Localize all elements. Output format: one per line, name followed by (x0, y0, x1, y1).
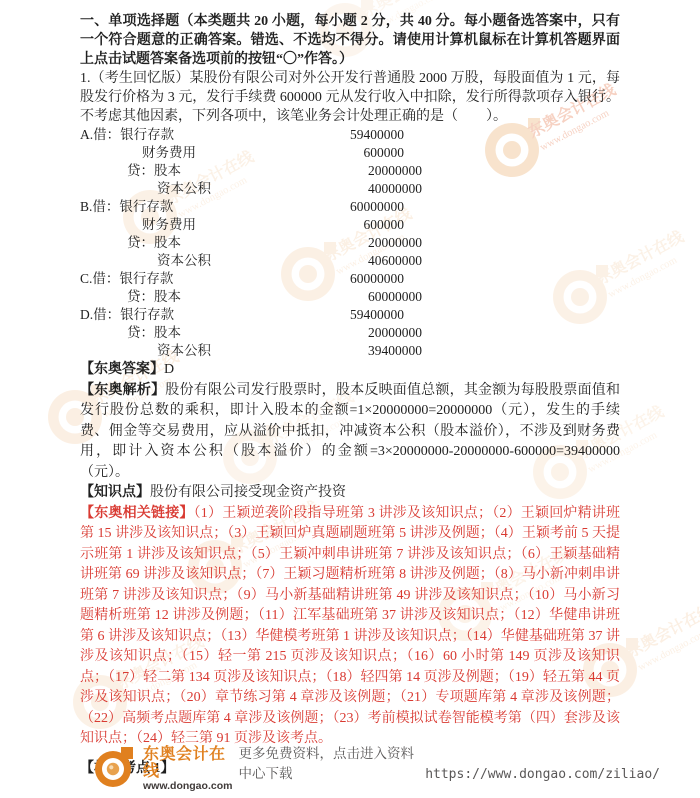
answer-value: D (164, 362, 174, 377)
journal-amount: 20000000 (348, 234, 422, 252)
journal-amount: 600000 (330, 216, 404, 234)
knowledge-point-line: 【知识点】股份有限公司接受现金资产投资 (80, 483, 620, 504)
journal-amount: 60000000 (330, 270, 404, 288)
journal-account: 贷：股本 (80, 288, 181, 306)
section-instructions: 一、单项选择题（本类题共 20 小题，每小题 2 分，共 40 分。每小题备选答… (80, 12, 620, 69)
document-page: { "colors": { "text": "#1f1f1f", "red_te… (0, 0, 700, 798)
footer-tagline: 更多免费资料，点击进入资料中心下载 (238, 742, 419, 782)
journal-amount: 39400000 (348, 342, 422, 360)
related-links-text: （1）王颖逆袭阶段指导班第 3 讲涉及该知识点；（2）王颖回炉精讲班第 15 讲… (80, 506, 620, 747)
journal-line: 财务费用600000 (80, 144, 620, 162)
journal-line: 资本公积40600000 (80, 252, 620, 270)
footer-url[interactable]: https://www.dongao.com/ziliao/ (425, 767, 660, 782)
dongao-logo-icon (93, 746, 135, 793)
journal-account: 财务费用 (80, 216, 196, 234)
journal-entries: A.借：银行存款59400000财务费用600000贷：股本20000000资本… (80, 126, 620, 360)
analysis-paragraph: 【东奥解析】股份有限公司发行股票时，股本反映面值总额，其金额为每股股票面值和发行… (80, 381, 620, 484)
journal-line: 财务费用600000 (80, 216, 620, 234)
journal-account: 贷：股本 (80, 234, 181, 252)
journal-line: 贷：股本20000000 (80, 324, 620, 342)
journal-account: 资本公积 (80, 180, 211, 198)
related-links-label: 【东奥相关链接】 (80, 506, 194, 521)
knowledge-label: 【知识点】 (80, 485, 150, 500)
analysis-label: 【东奥解析】 (80, 383, 165, 398)
question-stem: 1.（考生回忆版）某股份有限公司对外公开发行普通股 2000 万股，每股面值为 … (80, 69, 620, 126)
journal-line: B.借：银行存款60000000 (80, 198, 620, 216)
journal-amount: 60000000 (348, 288, 422, 306)
journal-line: 资本公积39400000 (80, 342, 620, 360)
journal-amount: 59400000 (330, 126, 404, 144)
journal-account: 贷：股本 (80, 324, 181, 342)
svg-text:东奥会计在线: 东奥会计在线 (623, 599, 700, 661)
footer-brand-block: 东奥会计在线 www.dongao.com (143, 746, 232, 792)
journal-line: C.借：银行存款60000000 (80, 270, 620, 288)
journal-account: 资本公积 (80, 342, 211, 360)
journal-account: D.借：银行存款 (80, 306, 174, 324)
knowledge-text: 股份有限公司接受现金资产投资 (150, 485, 346, 500)
journal-line: 资本公积40000000 (80, 180, 620, 198)
footer-brand: 东奥会计在线 (143, 746, 232, 780)
journal-account: 贷：股本 (80, 162, 181, 180)
exam-content: 一、单项选择题（本类题共 20 小题，每小题 2 分，共 40 分。每小题备选答… (80, 12, 620, 779)
journal-account: B.借：银行存款 (80, 198, 173, 216)
answer-line: 【东奥答案】D (80, 360, 620, 381)
journal-amount: 60000000 (330, 198, 404, 216)
journal-account: 资本公积 (80, 252, 211, 270)
journal-line: 贷：股本20000000 (80, 162, 620, 180)
page-footer: 东奥会计在线 www.dongao.com 更多免费资料，点击进入资料中心下载 … (93, 746, 660, 792)
journal-account: C.借：银行存款 (80, 270, 173, 288)
journal-line: D.借：银行存款59400000 (80, 306, 620, 324)
answer-label: 【东奥答案】 (80, 362, 164, 377)
related-links-paragraph: 【东奥相关链接】（1）王颖逆袭阶段指导班第 3 讲涉及该知识点；（2）王颖回炉精… (80, 504, 620, 750)
journal-line: 贷：股本20000000 (80, 234, 620, 252)
journal-amount: 40600000 (348, 252, 422, 270)
journal-line: A.借：银行存款59400000 (80, 126, 620, 144)
journal-line: 贷：股本60000000 (80, 288, 620, 306)
journal-account: 财务费用 (80, 144, 196, 162)
journal-amount: 40000000 (348, 180, 422, 198)
journal-amount: 20000000 (348, 324, 422, 342)
footer-site: www.dongao.com (143, 780, 232, 792)
journal-amount: 59400000 (330, 306, 404, 324)
journal-amount: 600000 (330, 144, 404, 162)
journal-amount: 20000000 (348, 162, 422, 180)
svg-text:www.dongao.com: www.dongao.com (636, 628, 700, 674)
journal-account: A.借：银行存款 (80, 126, 174, 144)
